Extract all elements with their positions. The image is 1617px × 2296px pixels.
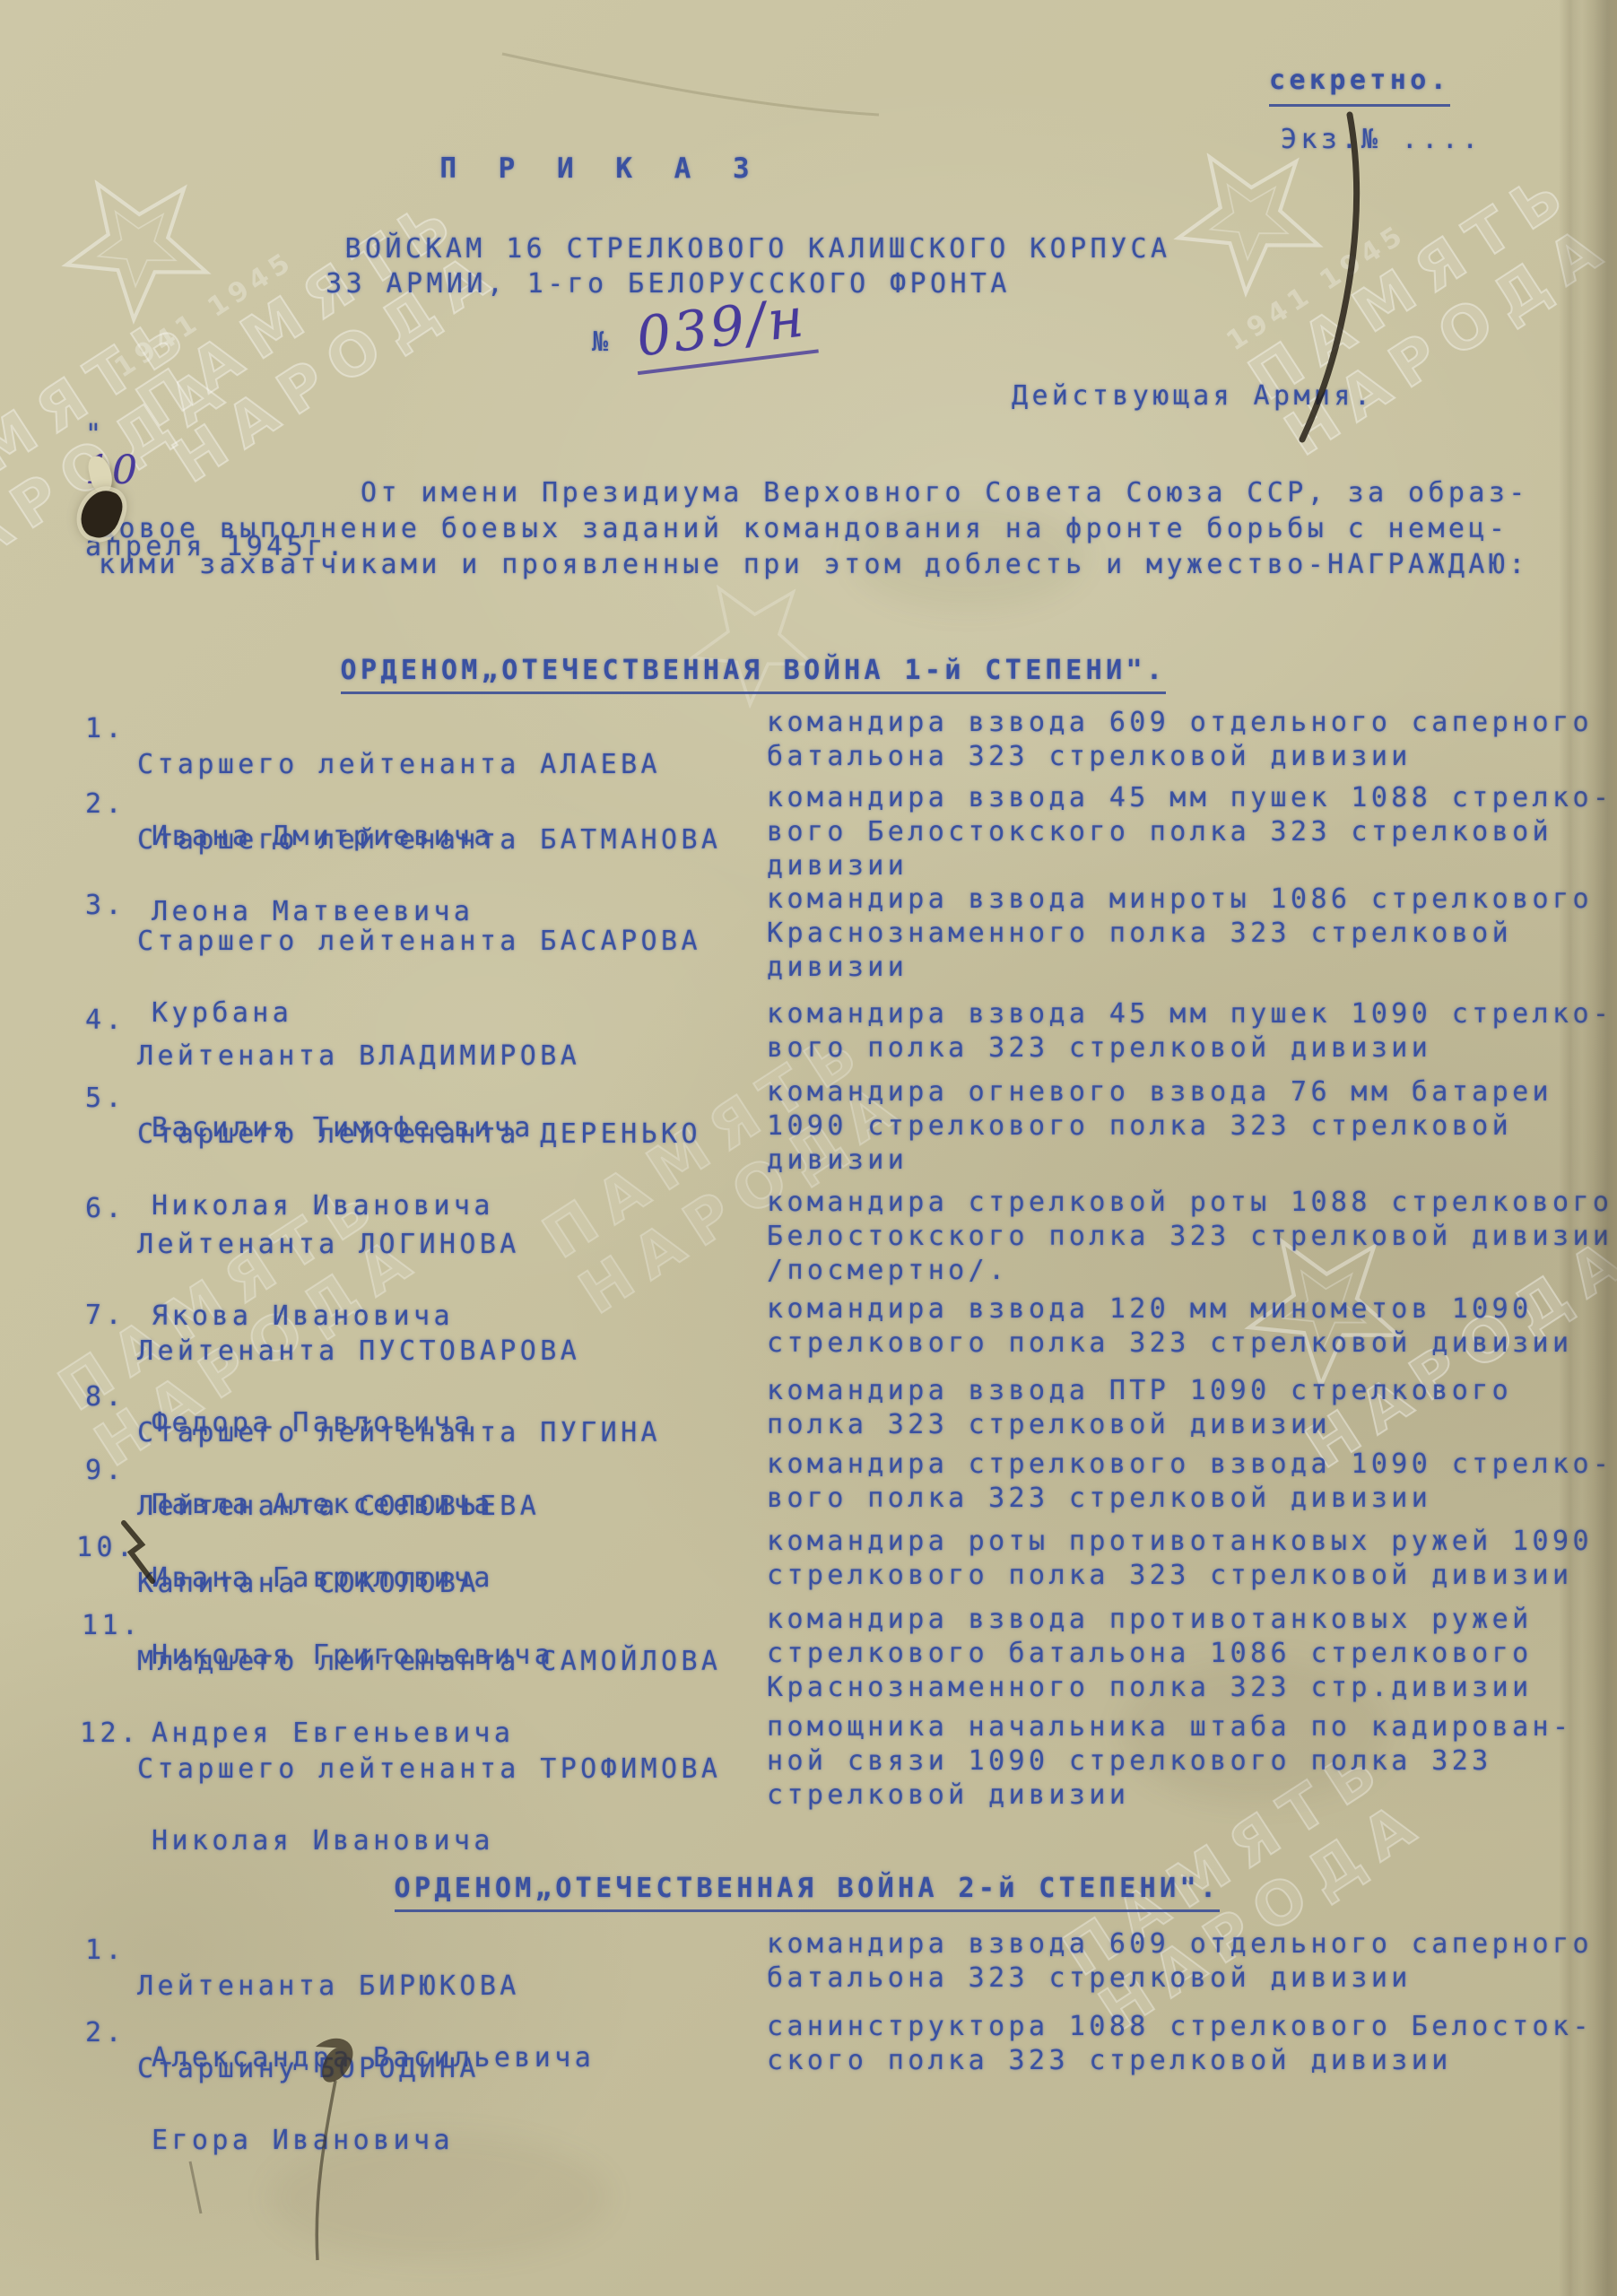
- date-quote: ": [85, 419, 105, 450]
- entry-number: 1.: [85, 711, 126, 747]
- entry-number: 9.: [85, 1453, 126, 1489]
- preamble: От имени Президиума Верховного Совета Со…: [99, 475, 1587, 583]
- entry-number: 7.: [85, 1298, 126, 1334]
- entry-number: 2.: [85, 787, 126, 822]
- entry-number: 5.: [85, 1081, 126, 1117]
- entry-number: 12.: [80, 1716, 140, 1752]
- entry-number: 8.: [85, 1379, 126, 1415]
- award-description: командира роты противотанковых ружей 109…: [767, 1525, 1617, 1593]
- award-entry: 2. Старшину БОРОДИНА Егора Ивановича сан…: [85, 2015, 1610, 2159]
- classification-stamp: секретно.: [1269, 63, 1450, 107]
- recipient-name: Старшину БОРОДИНА Егора Ивановича: [137, 2015, 729, 2195]
- entry-number: 11.: [82, 1608, 142, 1644]
- entry-number: 1.: [85, 1933, 126, 1969]
- award-description: командира взвода 120 мм минометов 1090 с…: [767, 1292, 1617, 1361]
- award-description: командира взвода 609 отдельного саперног…: [767, 706, 1617, 774]
- watermark-year: 1945: [202, 245, 300, 324]
- scanned-order-document: 1941 1945 ПАМЯТЬНАРОДА 1941 1945 ПАМЯТЬН…: [0, 0, 1617, 2296]
- victory-star-icon: [1135, 0, 1534, 331]
- award-section-2-heading: ОРДЕНОМ„ОТЕЧЕСТВЕННАЯ ВОЙНА 2-й СТЕПЕНИ"…: [350, 1835, 1265, 1907]
- award-description: командира взвода 609 отдельного саперног…: [767, 1927, 1617, 1996]
- award-description: командира взвода минроты 1086 стрелковог…: [767, 883, 1617, 985]
- paper-crease: [502, 54, 879, 115]
- order-title: П Р И К А З: [422, 151, 780, 187]
- award-description: командира огневого взвода 76 мм батареи …: [767, 1075, 1617, 1178]
- order-number-sign: №: [592, 325, 612, 361]
- entry-number: 2.: [85, 2015, 126, 2051]
- entry-number: 3.: [85, 888, 126, 924]
- army-status: Действующая Армия.: [1012, 378, 1374, 414]
- order-recipient-line1: ВОЙСКАМ 16 СТРЕЛКОВОГО КАЛИШСКОГО КОРПУС…: [305, 231, 1211, 267]
- award-section-1-heading: ОРДЕНОМ„ОТЕЧЕСТВЕННАЯ ВОЙНА 1-й СТЕПЕНИ"…: [296, 617, 1211, 689]
- award-description: командира взвода 45 мм пушек 1090 стрелк…: [767, 997, 1617, 1065]
- entry-number: 6.: [85, 1191, 126, 1227]
- award-description: помощника начальника штаба по кадирован-…: [767, 1710, 1617, 1813]
- entry-number: 4.: [85, 1003, 126, 1039]
- award-description: командира стрелковой роты 1088 стрелково…: [767, 1186, 1617, 1288]
- order-recipient-line2: 33 АРМИИ, 1-го БЕЛОРУССКОГО ФРОНТА: [296, 266, 1040, 302]
- watermark-year: 1941: [109, 306, 206, 385]
- award-description: командира взвода 45 мм пушек 1088 стрелк…: [767, 781, 1617, 883]
- award-description: командира взвода противотанковых ружей с…: [767, 1603, 1617, 1705]
- award-description: командира взвода ПТР 1090 стрелкового по…: [767, 1374, 1617, 1442]
- victory-star-icon: [23, 22, 422, 358]
- copy-number: Экз.№ ....: [1281, 122, 1482, 158]
- entry-number: 10.: [76, 1530, 136, 1566]
- award-description: командира стрелкового взвода 1090 стрелк…: [767, 1448, 1617, 1516]
- paper-crease: [1559, 0, 1582, 2296]
- award-description: санинструктора 1088 стрелкового Белосток…: [767, 2010, 1617, 2078]
